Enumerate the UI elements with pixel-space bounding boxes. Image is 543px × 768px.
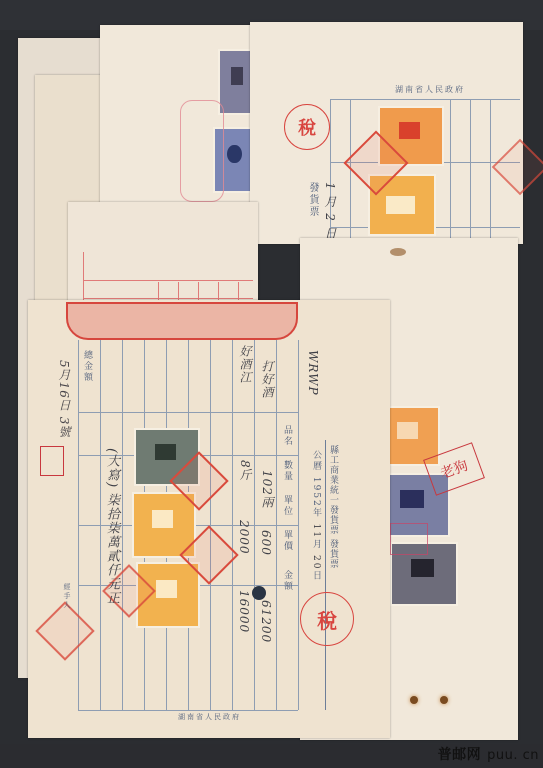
date-field: 公曆 1952年 11月 20日 [310,450,323,581]
square-seal [390,523,428,555]
postmark-seal [180,100,224,202]
total-label: 總金額 [81,350,94,383]
row-amount: 61200 [259,600,273,643]
customer-name: WRWP [306,350,320,396]
row-quantity: 102兩 [259,470,276,509]
hole [440,696,448,704]
total-amount-handwritten: (大寫) 柒拾柒萬貳仟元正 [102,448,121,605]
printed-header: 湖南省人民政府 [395,84,465,95]
row-price: 2000 [237,520,251,555]
red-header-seal [66,302,298,340]
receipt-title: 發貨票 [305,182,320,218]
tax-seal: 稅 [300,592,354,646]
row-name: 好酒江 [237,345,254,384]
issuer-label: 經手人 [62,583,72,610]
row-name: 打好酒 [259,360,276,399]
column-label: 品名 [281,425,294,447]
receipt-top-right: 湖南省人民政府 發貨票 1 月 2 日 稅 [250,22,523,244]
left-note: 5月16日 3號 [56,360,73,438]
receipt-title: 發貨票 [328,539,338,569]
column-label: 數量 [281,460,294,482]
diamond-seal [492,139,543,196]
printed-footer: 湖南省人民政府 [178,712,241,722]
hole [252,586,266,600]
tax-seal: 稅 [284,104,330,150]
diamond-seal [35,601,94,660]
receipt-top-left [100,25,260,215]
hole [410,696,418,704]
receipt-main: 品名 數量 單位 單價 金額 總金額 打好酒 102兩 600 61200 好酒… [28,300,390,738]
column-label: 單位 [281,495,294,517]
personal-seal [40,446,64,476]
hole [390,248,406,256]
date-line: 縣工商業統一發貨票 發貨票 [327,445,340,569]
column-label: 金額 [281,570,294,592]
column-label: 單價 [281,530,294,552]
org-line: 縣工商業統一發貨票 [328,445,338,535]
row-price: 600 [259,530,273,556]
watermark: 普邮网puu. cn [438,744,539,764]
row-quantity: 8斤 [237,460,254,482]
row-amount: 16000 [237,590,251,633]
handwritten-date: 1 月 2 日 [322,182,339,240]
